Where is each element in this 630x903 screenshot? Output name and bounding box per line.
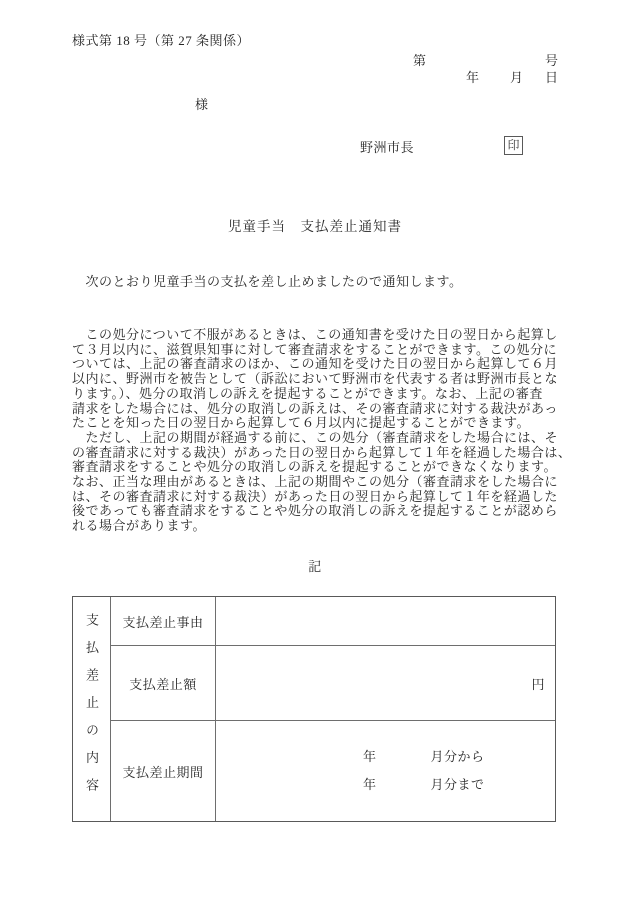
date-day-label: 日 bbox=[545, 67, 559, 86]
suspension-table: 支払差止の内容 支払差止事由 支払差止額 円 支払差止期間 年 月分から 年 月… bbox=[72, 596, 556, 822]
reason-value bbox=[216, 597, 555, 646]
intro-text: 次のとおり児童手当の支払を差し止めましたので通知します。 bbox=[72, 271, 462, 290]
amount-label: 支払差止額 bbox=[111, 646, 216, 721]
addressee-suffix: 様 bbox=[195, 94, 209, 113]
date-month-label: 月 bbox=[510, 67, 524, 86]
sender-name: 野洲市長 bbox=[360, 137, 414, 156]
table-group-header-text: 支払差止の内容 bbox=[82, 613, 101, 806]
section-marker-ki: 記 bbox=[72, 556, 558, 575]
document-page: 様式第 18 号（第 27 条関係） 第 号 年 月 日 様 野洲市長 印 児童… bbox=[0, 0, 630, 903]
amount-value: 円 bbox=[216, 646, 555, 721]
seal-mark: 印 bbox=[504, 136, 523, 155]
document-title: 児童手当 支払差止通知書 bbox=[72, 215, 558, 235]
period-value: 年 月分から 年 月分まで bbox=[216, 721, 555, 821]
doc-number-prefix: 第 bbox=[413, 50, 427, 69]
table-group-header: 支払差止の内容 bbox=[73, 597, 111, 821]
reason-label: 支払差止事由 bbox=[111, 597, 216, 646]
period-label: 支払差止期間 bbox=[111, 721, 216, 821]
period-to: 年 月分まで bbox=[363, 771, 555, 799]
amount-unit: 円 bbox=[531, 674, 545, 693]
period-from: 年 月分から bbox=[363, 743, 555, 771]
form-number: 様式第 18 号（第 27 条関係） bbox=[72, 30, 250, 49]
appeal-notice: この処分について不服があるときは、この通知書を受けた日の翌日から起算し て３月以… bbox=[72, 328, 558, 534]
date-year-label: 年 bbox=[466, 67, 480, 86]
